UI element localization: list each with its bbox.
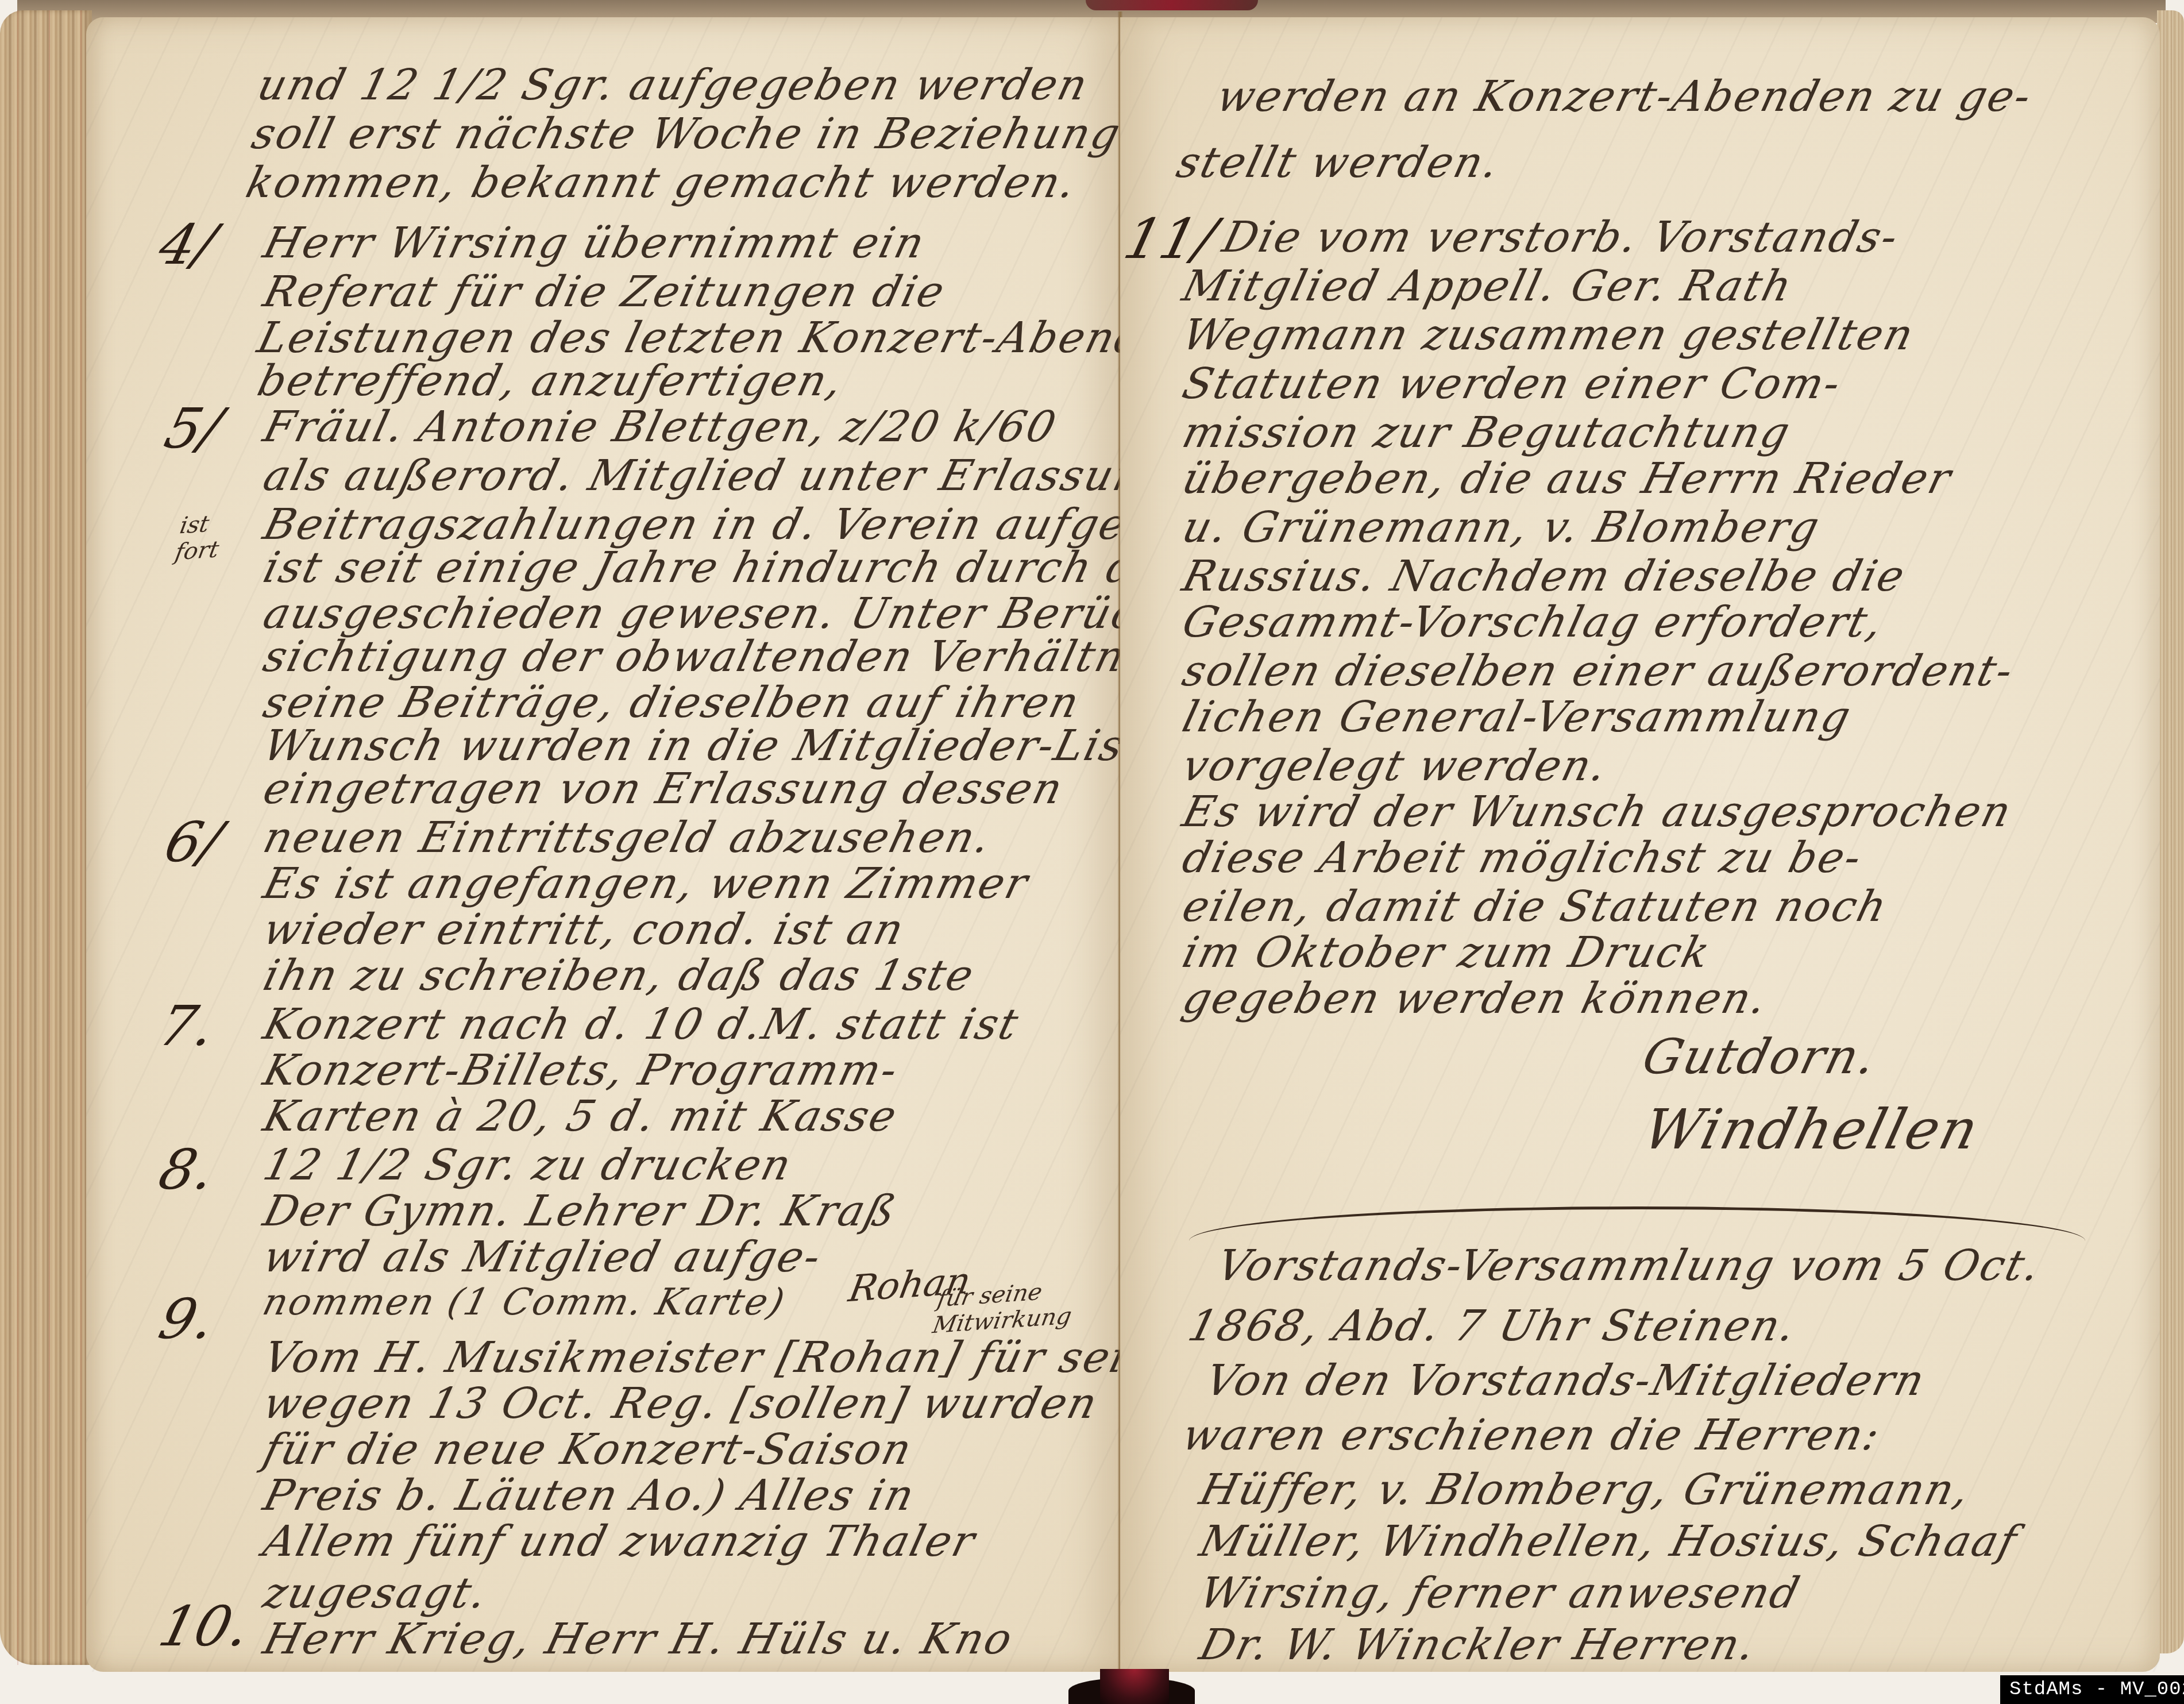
handwritten-line: mission zur Begutachtung (1178, 408, 1796, 457)
handwritten-line: Die vom verstorb. Vorstands- (1218, 213, 1904, 262)
left-page: und 12 1/2 Sgr. aufgegeben werden soll e… (86, 17, 1120, 1672)
item-number: 5/ (159, 396, 228, 461)
handwritten-line: Wegmann zusammen gestellten (1178, 310, 1920, 360)
binding-headband-bottom (1100, 1669, 1169, 1704)
margin-note: für seine Mitwirkung (931, 1277, 1078, 1339)
handwritten-line: sichtigung der obwaltenden Verhältnisse (258, 632, 1221, 681)
handwritten-line: ihn zu schreiben, daß das 1ste (258, 951, 980, 1000)
handwritten-line: waren erschienen die Herren: (1178, 1410, 1886, 1460)
handwritten-line: Konzert-Billets, Programm- (258, 1046, 904, 1095)
page-edge-stack-left (0, 10, 92, 1665)
handwritten-line: Herr Wirsing übernimmt ein (258, 218, 931, 268)
scanned-ledger-spread: und 12 1/2 Sgr. aufgegeben werden soll e… (0, 0, 2184, 1704)
handwritten-line: eingetragen von Erlassung dessen (258, 764, 1069, 814)
binding-headband-top (1086, 0, 1258, 10)
handwritten-line: diese Arbeit möglichst zu be- (1178, 833, 1868, 882)
handwritten-line: Referat für die Zeitungen die (258, 267, 951, 317)
handwritten-line: Der Gymn. Lehrer Dr. Kraß (258, 1186, 902, 1236)
handwritten-line: Mitglied Appell. Ger. Rath (1178, 261, 1798, 311)
handwritten-line: vorgelegt werden. (1178, 741, 1613, 791)
handwritten-line: gegeben werden können. (1178, 974, 1773, 1023)
handwritten-line: eilen, damit die Statuten noch (1178, 882, 1893, 931)
handwritten-line: Es wird der Wunsch ausgesprochen (1178, 787, 2017, 836)
right-page: werden an Konzert-Abenden zu ge- stellt … (1120, 17, 2160, 1672)
signature: Windhellen (1637, 1097, 1986, 1162)
handwritten-line: übergeben, die aus Herrn Rieder (1178, 454, 1957, 503)
handwritten-line: wieder eintritt, cond. ist an (258, 905, 910, 954)
handwritten-line: 1868, Abd. 7 Uhr Steinen. (1183, 1301, 1802, 1351)
handwritten-line: wegen 13 Oct. Reg. [sollen] wurden (258, 1379, 1103, 1428)
handwritten-line: Wunsch wurden in die Mitglieder-Liste (258, 721, 1176, 770)
handwritten-line: 12 1/2 Sgr. zu drucken (258, 1140, 797, 1190)
handwritten-line: Preis b. Läuten Ao.) Alles in (258, 1471, 921, 1520)
handwritten-line: Leistungen des letzten Konzert-Abends (253, 313, 1174, 363)
handwritten-line: betreffend, anzufertigen, (253, 356, 849, 406)
item-number: 6/ (159, 810, 228, 874)
handwritten-line: Müller, Windhellen, Hosius, Schaaf (1195, 1517, 2023, 1566)
handwritten-line: seine Beiträge, dieselben auf ihren (258, 678, 1086, 727)
handwritten-line: Gesammt-Vorschlag erfordert, (1178, 597, 1889, 647)
handwritten-line: kommen, bekannt gemacht werden. (241, 158, 1082, 207)
handwritten-line: Allem fünf und zwanzig Thaler (258, 1517, 981, 1566)
handwritten-line: stellt werden. (1172, 138, 1505, 187)
item-number: 7. (153, 994, 222, 1058)
handwritten-line: Statuten werden einer Com- (1178, 359, 1847, 408)
handwritten-line: soll erst nächste Woche in Beziehung (247, 109, 1126, 159)
margin-note: ist fort (173, 510, 226, 566)
handwritten-line: Konzert nach d. 10 d.M. statt ist (258, 1000, 1025, 1049)
handwritten-line: Karten à 20, 5 d. mit Kasse (258, 1092, 903, 1141)
item-number: 10. (153, 1594, 257, 1659)
handwritten-line: und 12 1/2 Sgr. aufgegeben werden (253, 60, 1094, 110)
handwritten-line: wird als Mitglied aufge- (258, 1232, 827, 1282)
handwritten-line: Hüffer, v. Blomberg, Grünemann, (1195, 1465, 1976, 1514)
item-number: 9. (153, 1287, 222, 1351)
handwritten-line: Es ist angefangen, wenn Zimmer (258, 859, 1034, 908)
handwritten-line: nommen (1 Comm. Karte) (258, 1281, 790, 1324)
handwritten-line: ausgeschieden gewesen. Unter Berück- (258, 589, 1187, 638)
item-number: 4/ (153, 213, 222, 277)
handwritten-line: zugesagt. (258, 1568, 493, 1618)
closing-phrase: Gutdorn. (1637, 1028, 1884, 1085)
handwritten-line: Russius. Nachdem dieselbe die (1178, 552, 1911, 601)
handwritten-line: Dr. W. Winckler Herren. (1195, 1620, 1762, 1670)
handwritten-line: Fräul. Antonie Blettgen, z/20 k/60 (258, 402, 1062, 452)
handwritten-line: werden an Konzert-Abenden zu ge- (1212, 72, 2038, 121)
handwritten-line: lichen General-Versammlung (1178, 692, 1857, 742)
item-number: 8. (153, 1138, 222, 1202)
handwritten-line: u. Grünemann, v. Blomberg (1178, 503, 1826, 552)
handwritten-line: Von den Vorstands-Mitgliedern (1201, 1356, 1931, 1405)
handwritten-line: neuen Eintrittsgeld abzusehen. (258, 813, 997, 862)
handwritten-line: Vorstands-Versammlung vom 5 Oct. (1212, 1241, 2047, 1290)
page-edge-stack-right (2157, 10, 2184, 1653)
handwritten-line: für die neue Konzert-Saison (258, 1425, 918, 1474)
handwritten-line: sollen dieselben einer außerordent- (1178, 646, 2020, 696)
handwritten-line: Herr Krieg, Herr H. Hüls u. Kno (258, 1614, 1018, 1664)
archive-caption-label: StdAMs - MV_002a_114 (2000, 1675, 2184, 1704)
handwritten-line: im Oktober zum Druck (1178, 928, 1716, 977)
handwritten-line: Wirsing, ferner anwesend (1195, 1568, 1806, 1618)
